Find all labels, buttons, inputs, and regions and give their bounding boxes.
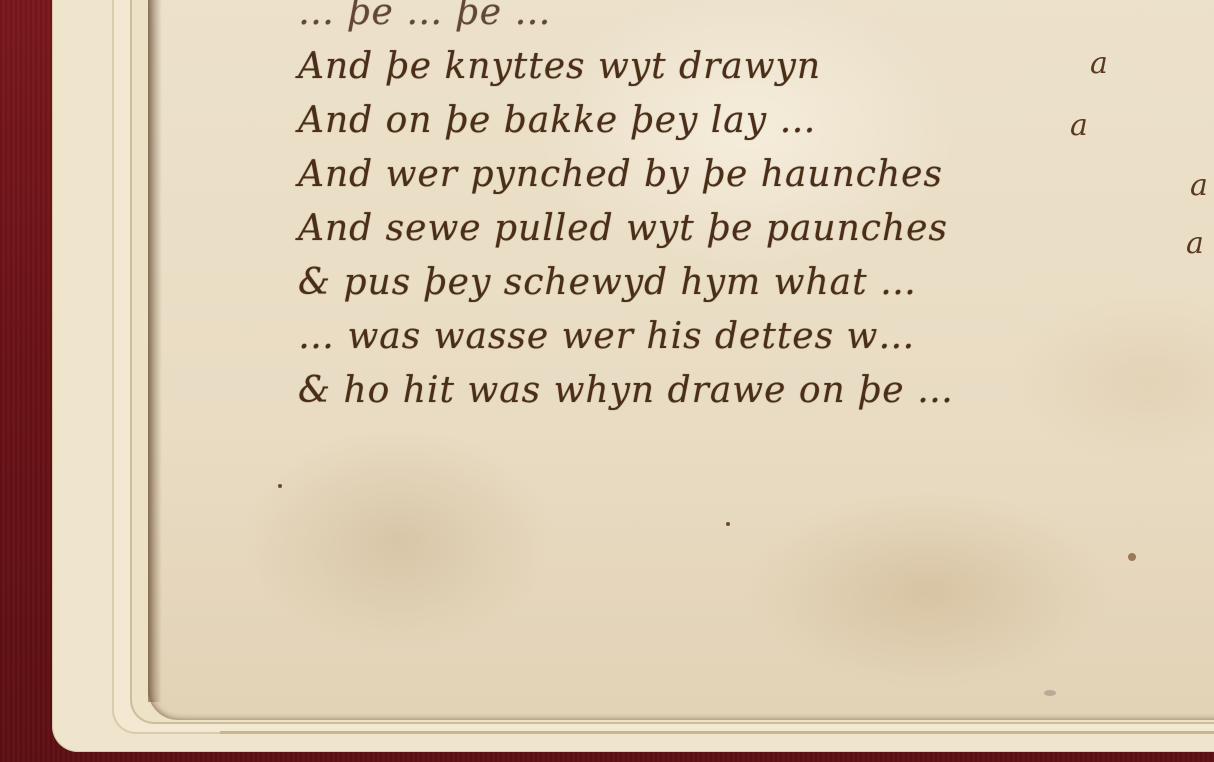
margin-mark: a (1186, 226, 1204, 261)
manuscript-line: And sewe pulled wyt þe paunches (298, 202, 1214, 256)
ink-speck (726, 522, 730, 526)
stain-speck (1128, 553, 1136, 561)
stain-speck (1044, 690, 1056, 696)
manuscript-line: And wer pynched by þe haunches (298, 148, 1214, 202)
ink-speck (278, 484, 282, 488)
manuscript-line: … þe … þe … (298, 0, 1214, 40)
margin-mark: a (1190, 168, 1208, 203)
manuscript-line: & pus þey schewyd hym what … (298, 256, 1214, 310)
margin-mark: a (1070, 108, 1088, 143)
manuscript-line: And þe knyttes wyt drawyn (298, 40, 1214, 94)
manuscript-text: … þe … þe … And þe knyttes wyt drawyn An… (298, 0, 1214, 418)
leaf-bottom-edge (220, 731, 1214, 734)
manuscript-line: & ho hit was whyn drawe on þe … (298, 364, 1214, 418)
margin-mark: a (1090, 46, 1108, 81)
manuscript-line: … was wasse wer his dettes w… (298, 310, 1214, 364)
gutter-shadow (148, 0, 162, 702)
